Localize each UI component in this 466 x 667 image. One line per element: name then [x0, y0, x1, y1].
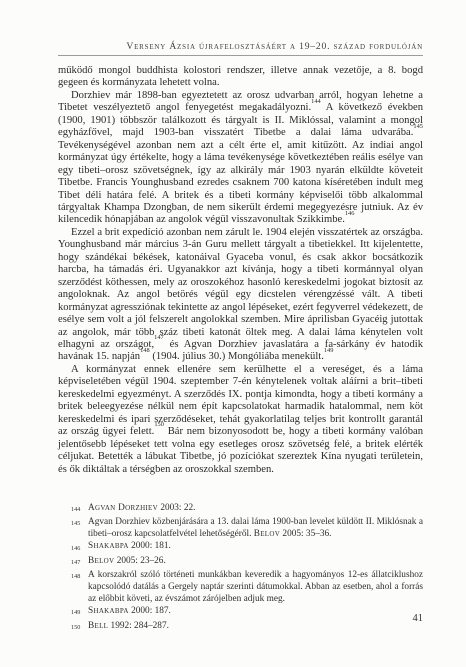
- footnote-ref: 149: [324, 347, 334, 354]
- footnote-text: Belov 2005: 23–26.: [88, 555, 423, 569]
- footnote-text: Agvan Dorzhiev 2003: 22.: [88, 502, 423, 516]
- footnote-text: Shakabpa 2000: 181.: [88, 540, 423, 554]
- text-run: (1904. július 30.) Mongóliába menekült.: [150, 351, 324, 362]
- footnote-text: Agvan Dorzhiev közbenjárására a 13. dala…: [88, 516, 423, 540]
- text-run: 1992: 284–287.: [108, 621, 169, 631]
- footnote: 150Bell 1992: 284–287.: [58, 620, 423, 634]
- book-page: Verseny Ázsia újrafelosztásáért a 19–20.…: [0, 0, 466, 667]
- footnote-text: A korszakról szóló történeti munkákban k…: [88, 569, 423, 605]
- footnote: 149Shakabpa 2000: 187.: [58, 605, 423, 619]
- footnote-number: 146: [71, 540, 88, 554]
- footnote-ref: 144: [311, 98, 321, 105]
- footnote-number: 149: [71, 605, 88, 619]
- footnote: 148A korszakról szóló történeti munkákba…: [58, 569, 423, 605]
- author-smallcaps: Shakabpa: [88, 541, 129, 551]
- footnote-number: 150: [71, 620, 88, 634]
- running-header: Verseny Ázsia újrafelosztásáért a 19–20.…: [58, 40, 423, 56]
- text-run: Ezzel a brit expedíció azonban nem zárul…: [58, 227, 423, 350]
- page-content: Verseny Ázsia újrafelosztásáért a 19–20.…: [58, 40, 423, 634]
- body-paragraph: A kormányzat ennek ellenére sem kerülhet…: [58, 364, 423, 476]
- page-number: 41: [413, 613, 424, 624]
- footnote-number: 145: [71, 516, 88, 540]
- footnote-number: 147: [71, 555, 88, 569]
- footnote-text: Bell 1992: 284–287.: [88, 620, 423, 634]
- text-run: 2005: 23–26.: [114, 556, 165, 566]
- footnote-ref: 147: [154, 334, 164, 341]
- footnote-ref: 145: [413, 123, 423, 130]
- footnote: 146Shakabpa 2000: 181.: [58, 540, 423, 554]
- text-run: 2000: 187.: [129, 606, 171, 616]
- author-smallcaps: Shakabpa: [88, 606, 129, 616]
- text-run: működő mongol buddhista kolostori rendsz…: [58, 65, 423, 88]
- author-smallcaps: Belov: [88, 556, 114, 566]
- author-smallcaps: Bell: [88, 621, 108, 631]
- footnotes: 144Agvan Dorzhiev 2003: 22.145Agvan Dorz…: [58, 502, 423, 634]
- text-run: A korszakról szóló történeti munkákban k…: [88, 570, 423, 604]
- text-run: Tevékenységével azonban nem azt a célt é…: [58, 140, 423, 226]
- body-paragraph: Dorzhiev már 1898-ban egyeztetett az oro…: [58, 90, 423, 227]
- footnote-text: Shakabpa 2000: 187.: [88, 605, 423, 619]
- footnote-ref: 148: [140, 347, 150, 354]
- footnote-ref: 150: [154, 421, 164, 428]
- footnote-ref: 146: [345, 210, 355, 217]
- footnote: 144Agvan Dorzhiev 2003: 22.: [58, 502, 423, 516]
- body-paragraph: működő mongol buddhista kolostori rendsz…: [58, 65, 423, 90]
- text-run: 2005: 35–36.: [280, 529, 331, 539]
- footnote: 145Agvan Dorzhiev közbenjárására a 13. d…: [58, 516, 423, 540]
- text-run: 2000: 181.: [129, 541, 171, 551]
- footnote: 147Belov 2005: 23–26.: [58, 555, 423, 569]
- author-smallcaps: Agvan Dorzhiev: [88, 503, 158, 513]
- text-run: 2003: 22.: [158, 503, 195, 513]
- body-paragraph: Ezzel a brit expedíció azonban nem zárul…: [58, 227, 423, 364]
- footnote-number: 144: [71, 502, 88, 516]
- footnote-number: 148: [71, 569, 88, 605]
- body-text: működő mongol buddhista kolostori rendsz…: [58, 65, 423, 476]
- author-smallcaps: Belov: [254, 529, 280, 539]
